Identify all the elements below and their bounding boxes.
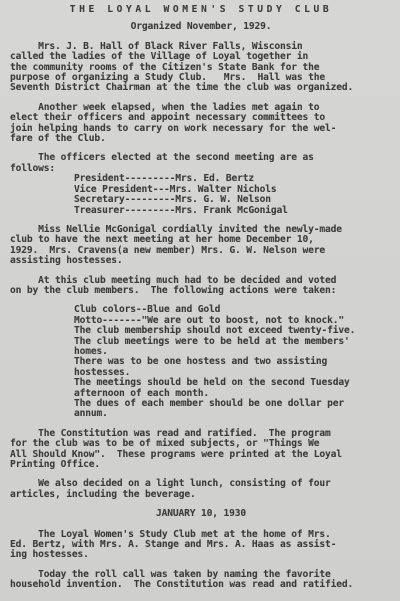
paragraph-december-meeting: Miss Nellie McGonigal cordially invited … [10, 225, 392, 267]
document-subtitle: Organized November, 1929. [10, 22, 392, 32]
actions-list: Club colors--Blue and Gold Motto-------"… [74, 305, 392, 419]
paragraph-founding: Mrs. J. B. Hall of Black River Falls, Wi… [10, 42, 392, 94]
text-line: articles, including the beverage. [10, 490, 392, 500]
paragraph-election: Another week elapsed, when the ladies me… [10, 103, 392, 145]
text-line: Printing Office. [10, 460, 392, 470]
paragraph-roll-call: Today the roll call was taken by naming … [10, 570, 392, 591]
officer-entry: Secretary---------Mrs. G. W. Nelson [74, 195, 392, 205]
text-line: ing hostesses. [10, 550, 392, 560]
date-heading: JANUARY 10, 1930 [10, 509, 392, 519]
action-entry: The club membership should not exceed tw… [74, 326, 392, 336]
officers-list: President---------Mrs. Ed. Bertz Vice Pr… [74, 174, 392, 216]
officer-entry: Treasurer---------Mrs. Frank McGonigal [74, 206, 392, 216]
action-entry: annum. [74, 409, 392, 419]
text-line: fare of the Club. [10, 134, 392, 144]
text-line: The officers elected at the second meeti… [10, 153, 392, 163]
action-entry: The dues of each member should be one do… [74, 399, 392, 409]
paragraph-constitution: The Constitution was read and ratified. … [10, 429, 392, 471]
action-entry: The club meetings were to be held at the… [74, 337, 392, 347]
paragraph-lunch: We also decided on a light lunch, consis… [10, 479, 392, 500]
text-line: household invention. The Constitution wa… [10, 580, 392, 590]
text-line: assisting hostesses. [10, 256, 392, 266]
typewritten-page: THE LOYAL WOMEN'S STUDY CLUB Organized N… [0, 0, 400, 601]
paragraph-january-meeting: The Loyal Women's Study Club met at the … [10, 530, 392, 561]
text-line: Seventh District Chairman at the time th… [10, 83, 392, 93]
document-title: THE LOYAL WOMEN'S STUDY CLUB [10, 5, 392, 15]
text-line: on by the club members. The following ac… [10, 286, 392, 296]
paragraph-actions: At this club meeting much had to be deci… [10, 276, 392, 420]
paragraph-officers: The officers elected at the second meeti… [10, 153, 392, 215]
